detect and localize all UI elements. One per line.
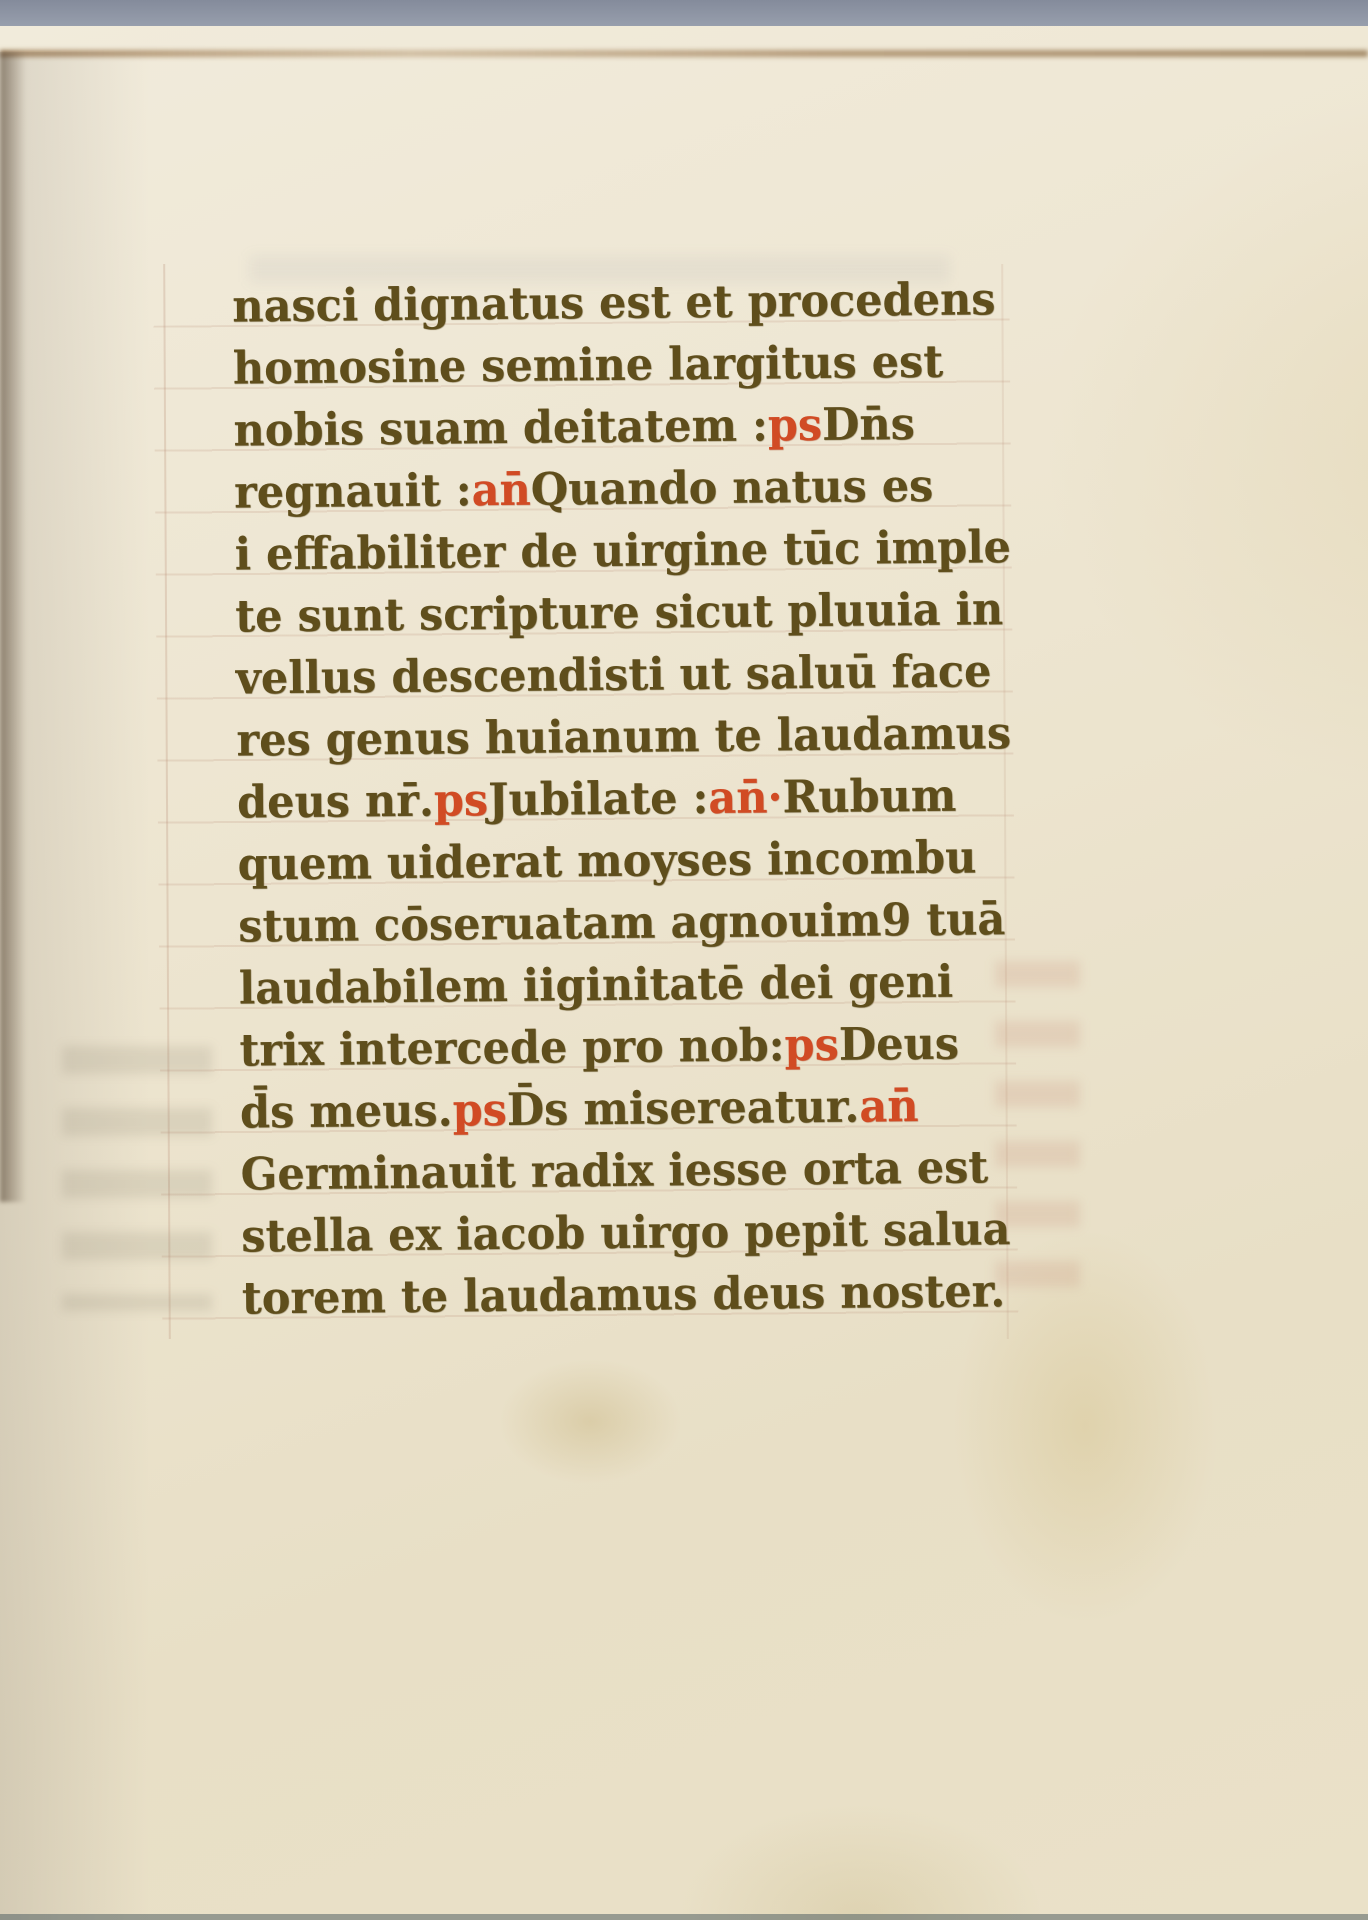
manuscript-line: Germinauit radix iesse orta est [240, 1136, 1021, 1205]
rubric-abbreviation: ps [452, 1078, 507, 1143]
rubric-abbreviation: ps [434, 768, 489, 833]
text-segment: trix intercede pro nob: [239, 1013, 785, 1083]
text-segment: torem te laudamus deus noster. [242, 1259, 1006, 1331]
text-segment: nobis suam deitatem : [233, 394, 768, 464]
text-segment: Germinauit radix iesse orta est [240, 1136, 988, 1208]
parchment-page: nasci dignatus est et procedenshomosine … [0, 26, 1368, 1920]
text-segment: vellus descendisti ut saluū face [236, 639, 992, 711]
text-segment: stum cōseruatam agnouim9 tuā [238, 887, 1006, 959]
manuscript-line: trix intercede pro nob: ps Deus [239, 1012, 1020, 1081]
text-segment: regnauit : [234, 458, 472, 525]
text-segment: deus nr̄. [237, 769, 434, 835]
text-segment: D̄s misereatur. [507, 1075, 860, 1143]
manuscript-line: stum cōseruatam agnouim9 tuā [238, 888, 1019, 957]
manuscript-line: quem uiderat moyses incombu [237, 826, 1018, 895]
rubric-abbreviation: an̄ [859, 1074, 919, 1139]
text-segment: stella ex iacob uirgo pepit salua [241, 1197, 1011, 1269]
text-segment: Quando natus es [530, 454, 933, 522]
manuscript-line: deus nr̄. ps Jubilate : an̄·Rubum [237, 764, 1018, 833]
text-segment: te sunt scripture sicut pluuia in [235, 577, 1003, 649]
manuscript-line: regnauit : an̄ Quando natus es [234, 455, 1015, 524]
manuscript-line: torem te laudamus deus noster. [242, 1260, 1023, 1329]
text-segment: Rubum [782, 764, 956, 830]
manuscript-line: stella ex iacob uirgo pepit salua [241, 1198, 1022, 1267]
text-segment: homosine semine largitus est [233, 330, 944, 401]
manuscript-line: res genus huianum te laudamus [236, 702, 1017, 771]
photo-bottom-edge [0, 1914, 1368, 1920]
manuscript-line: homosine semine largitus est [233, 331, 1014, 400]
text-segment: laudabilem iiginitatē dei geni [239, 950, 954, 1021]
manuscript-photo: nasci dignatus est et procedenshomosine … [0, 0, 1368, 1920]
text-segment: quem uiderat moyses incombu [237, 826, 976, 898]
manuscript-line: nasci dignatus est et procedens [232, 269, 1013, 338]
rubric-abbreviation: ps [768, 393, 823, 458]
page-top-edge [0, 50, 1368, 57]
text-block: nasci dignatus est et procedenshomosine … [232, 269, 1022, 1330]
text-segment: i effabiliter de uirgine tūc imple [234, 515, 1011, 587]
rubric-abbreviation: an̄ [471, 458, 531, 523]
left-margin-shade [0, 52, 150, 1920]
text-segment: Deus [839, 1012, 960, 1078]
manuscript-line: te sunt scripture sicut pluuia in [235, 578, 1016, 647]
text-segment: d̄s meus. [240, 1079, 453, 1146]
ink-bleedthrough-left-margin [62, 1046, 212, 1311]
text-segment: nasci dignatus est et procedens [232, 267, 996, 339]
rubric-abbreviation: ps [784, 1013, 839, 1078]
manuscript-line: vellus descendisti ut saluū face [236, 640, 1017, 709]
manuscript-line: i effabiliter de uirgine tūc imple [234, 517, 1015, 586]
text-segment: Dn̄s [822, 392, 915, 457]
rubric-abbreviation: an̄· [708, 766, 783, 831]
manuscript-line: d̄s meus. ps D̄s misereatur. an̄ [240, 1074, 1021, 1143]
manuscript-line: nobis suam deitatem : ps Dn̄s [233, 393, 1014, 462]
text-segment: Jubilate : [488, 766, 709, 833]
text-segment: res genus huianum te laudamus [236, 701, 1011, 773]
manuscript-line: laudabilem iiginitatē dei geni [239, 950, 1020, 1019]
